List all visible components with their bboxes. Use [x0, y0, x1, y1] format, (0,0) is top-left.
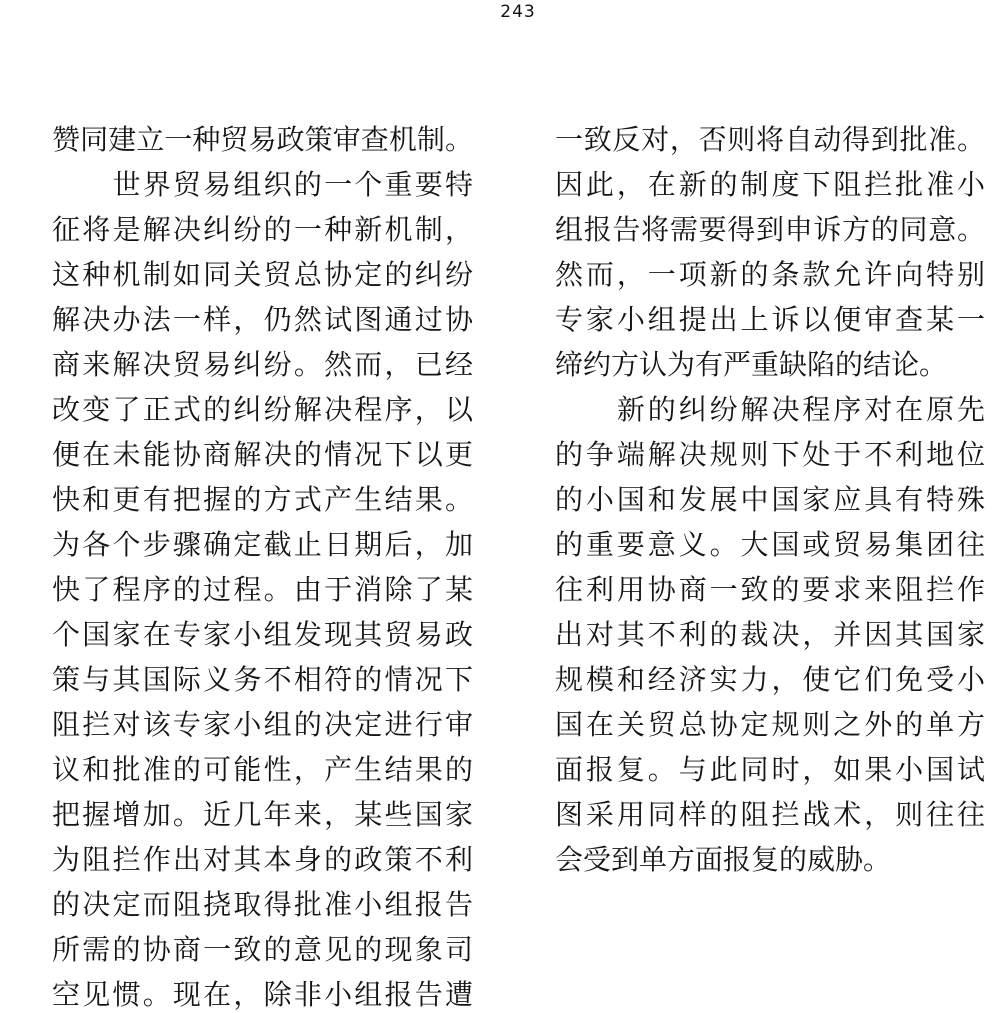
- left-text-column: 赞同建立一种贸易政策审查机制。 世界贸易组织的一个重要特 征将是解决纠纷的一种新…: [52, 118, 473, 1013]
- text-line: 空见惯。现在，除非小组报告遭: [52, 973, 473, 1013]
- text-line: 的小国和发展中国家应具有特殊: [555, 478, 985, 523]
- text-line: 缔约方认为有严重缺陷的结论。: [555, 343, 985, 388]
- text-line: 国在关贸总协定规则之外的单方: [555, 703, 985, 748]
- text-line: 改变了正式的纠纷解决程序，以: [52, 388, 473, 433]
- text-line: 的争端解决规则下处于不利地位: [555, 433, 985, 478]
- text-line: 新的纠纷解决程序对在原先: [555, 388, 985, 433]
- text-line: 一致反对，否则将自动得到批准。: [555, 118, 985, 163]
- text-line: 专家小组提出上诉以便审查某一: [555, 298, 985, 343]
- text-line: 把握增加。近几年来，某些国家: [52, 793, 473, 838]
- text-line: 往利用协商一致的要求来阻拦作: [555, 568, 985, 613]
- text-line: 为阻拦作出对其本身的政策不利: [52, 838, 473, 883]
- text-line: 策与其国际义务不相符的情况下: [52, 658, 473, 703]
- text-line: 征将是解决纠纷的一种新机制，: [52, 208, 473, 253]
- text-line: 解决办法一样，仍然试图通过协: [52, 298, 473, 343]
- text-line: 便在未能协商解决的情况下以更: [52, 433, 473, 478]
- text-line: 赞同建立一种贸易政策审查机制。: [52, 118, 473, 163]
- text-line: 快了程序的过程。由于消除了某: [52, 568, 473, 613]
- right-text-column: 一致反对，否则将自动得到批准。 因此，在新的制度下阻拦批准小 组报告将需要得到申…: [555, 118, 985, 883]
- text-line: 组报告将需要得到申诉方的同意。: [555, 208, 985, 253]
- text-line: 快和更有把握的方式产生结果。: [52, 478, 473, 523]
- text-line: 个国家在专家小组发现其贸易政: [52, 613, 473, 658]
- text-line: 世界贸易组织的一个重要特: [52, 163, 473, 208]
- text-line: 图采用同样的阻拦战术，则往往: [555, 793, 985, 838]
- text-line: 阻拦对该专家小组的决定进行审: [52, 703, 473, 748]
- text-line: 规模和经济实力，使它们免受小: [555, 658, 985, 703]
- text-line: 所需的协商一致的意见的现象司: [52, 928, 473, 973]
- text-line: 为各个步骤确定截止日期后，加: [52, 523, 473, 568]
- text-line: 的决定而阻挠取得批准小组报告: [52, 883, 473, 928]
- text-line: 因此，在新的制度下阻拦批准小: [555, 163, 985, 208]
- text-line: 出对其不利的裁决，并因其国家: [555, 613, 985, 658]
- text-line: 议和批准的可能性，产生结果的: [52, 748, 473, 793]
- page-number: 243: [0, 2, 1000, 22]
- scanned-document-page: 243 赞同建立一种贸易政策审查机制。 世界贸易组织的一个重要特 征将是解决纠纷…: [0, 0, 1000, 1013]
- text-line: 的重要意义。大国或贸易集团往: [555, 523, 985, 568]
- text-line: 商来解决贸易纠纷。然而，已经: [52, 343, 473, 388]
- text-line: 这种机制如同关贸总协定的纠纷: [52, 253, 473, 298]
- text-line: 面报复。与此同时，如果小国试: [555, 748, 985, 793]
- text-line: 会受到单方面报复的威胁。: [555, 838, 985, 883]
- text-line: 然而，一项新的条款允许向特别: [555, 253, 985, 298]
